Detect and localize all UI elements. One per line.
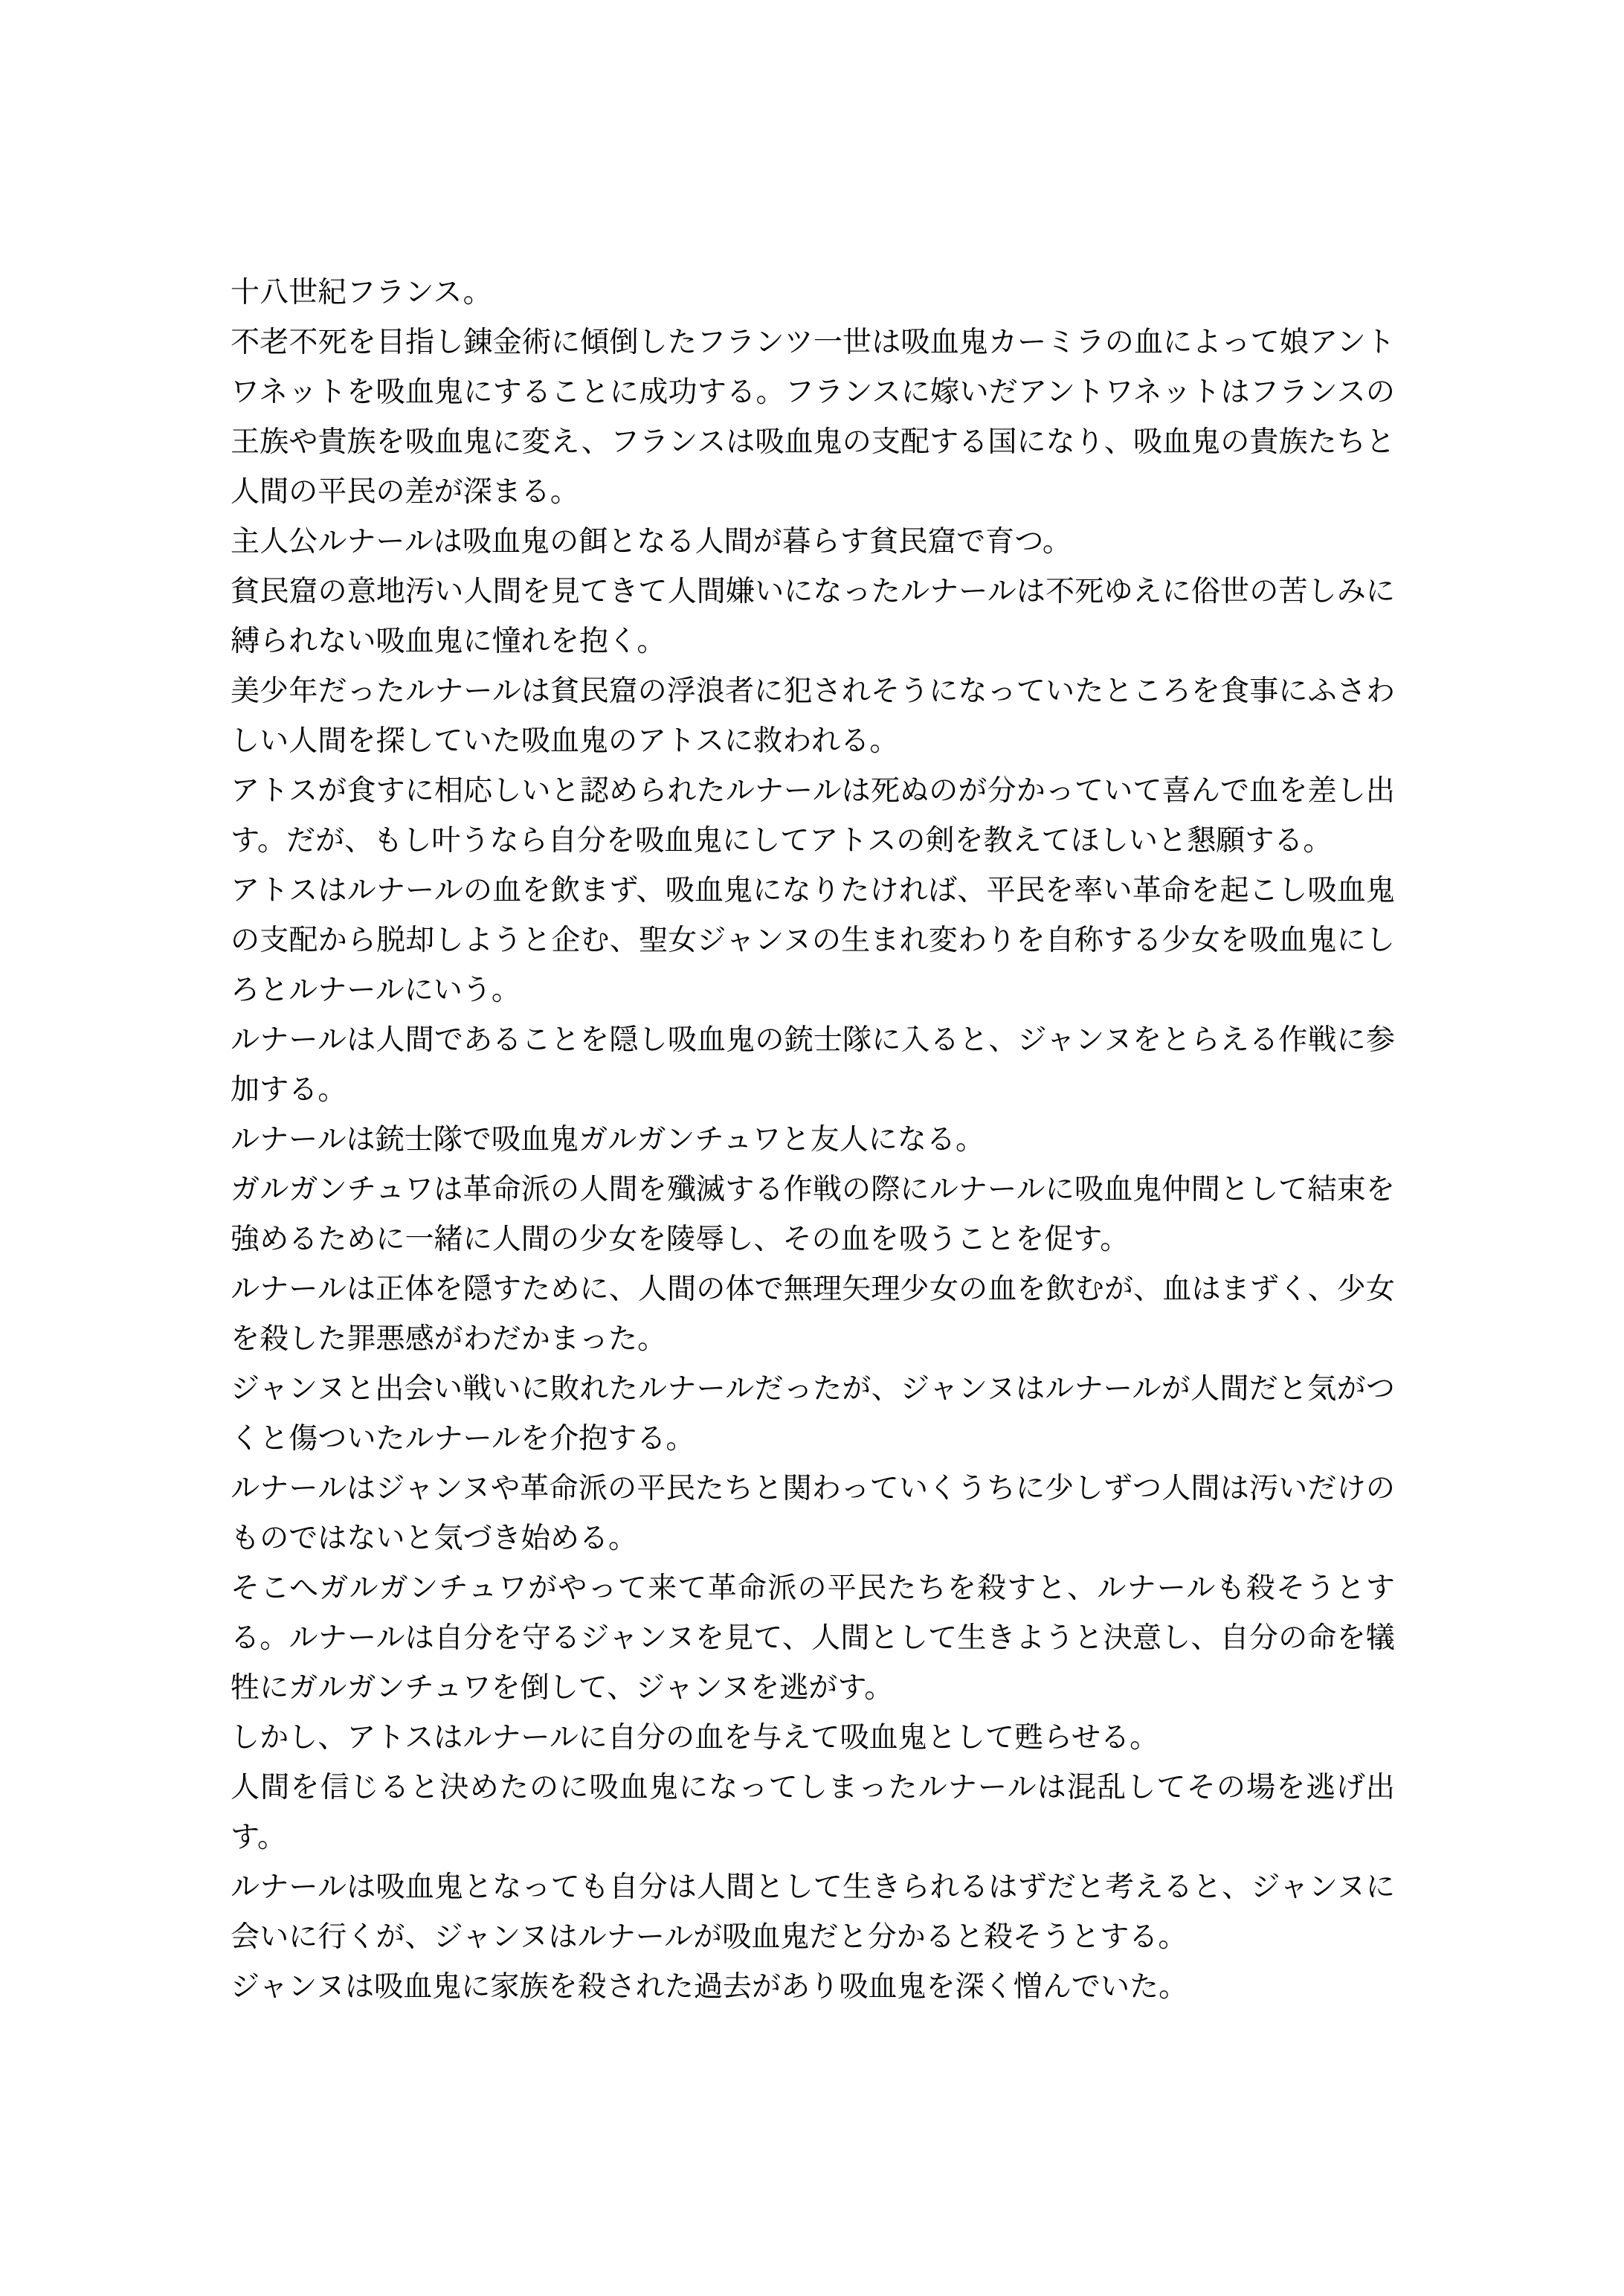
paragraph: 美少年だったルナールは貧民窟の浮浪者に犯されそうになっていたところを食事にふさわ… bbox=[231, 666, 1395, 766]
text-block: 十八世紀フランス。不老不死を目指し錬金術に傾倒したフランツ一世は吸血鬼カーミラの… bbox=[231, 268, 1395, 2012]
document-page: 十八世紀フランス。不老不死を目指し錬金術に傾倒したフランツ一世は吸血鬼カーミラの… bbox=[0, 0, 1624, 2296]
paragraph: 貧民窟の意地汚い人間を見てきて人間嫌いになったルナールは不死ゆえに俗世の苦しみに… bbox=[231, 567, 1395, 666]
paragraph: 不老不死を目指し錬金術に傾倒したフランツ一世は吸血鬼カーミラの血によって娘アント… bbox=[231, 318, 1395, 517]
paragraph: ルナールは銃士隊で吸血鬼ガルガンチュワと友人になる。 bbox=[231, 1115, 1395, 1165]
paragraph: ジャンヌは吸血鬼に家族を殺された過去があり吸血鬼を深く憎んでいた。 bbox=[231, 1962, 1395, 2012]
paragraph: アトスはルナールの血を飲まず、吸血鬼になりたければ、平民を率い革命を起こし吸血鬼… bbox=[231, 866, 1395, 1015]
paragraph: ルナールはジャンヌや革命派の平民たちと関わっていくうちに少しずつ人間は汚いだけの… bbox=[231, 1464, 1395, 1563]
paragraph: ルナールは正体を隠すために、人間の体で無理矢理少女の血を飲むが、血はまずく、少女… bbox=[231, 1264, 1395, 1364]
paragraph: そこへガルガンチュワがやって来て革命派の平民たちを殺すと、ルナールも殺そうとする… bbox=[231, 1563, 1395, 1713]
paragraph: しかし、アトスはルナールに自分の血を与えて吸血鬼として甦らせる。 bbox=[231, 1713, 1395, 1763]
paragraph: 人間を信じると決めたのに吸血鬼になってしまったルナールは混乱してその場を逃げ出す… bbox=[231, 1763, 1395, 1862]
paragraph: 十八世紀フランス。 bbox=[231, 268, 1395, 318]
paragraph: ジャンヌと出会い戦いに敗れたルナールだったが、ジャンヌはルナールが人間だと気がつ… bbox=[231, 1364, 1395, 1464]
paragraph: ガルガンチュワは革命派の人間を殲滅する作戦の際にルナールに吸血鬼仲間として結束を… bbox=[231, 1165, 1395, 1264]
paragraph: アトスが食すに相応しいと認められたルナールは死ぬのが分かっていて喜んで血を差し出… bbox=[231, 766, 1395, 866]
paragraph: 主人公ルナールは吸血鬼の餌となる人間が暮らす貧民窟で育つ。 bbox=[231, 517, 1395, 567]
paragraph: ルナールは人間であることを隠し吸血鬼の銃士隊に入ると、ジャンヌをとらえる作戦に参… bbox=[231, 1015, 1395, 1115]
paragraph: ルナールは吸血鬼となっても自分は人間として生きられるはずだと考えると、ジャンヌに… bbox=[231, 1862, 1395, 1962]
